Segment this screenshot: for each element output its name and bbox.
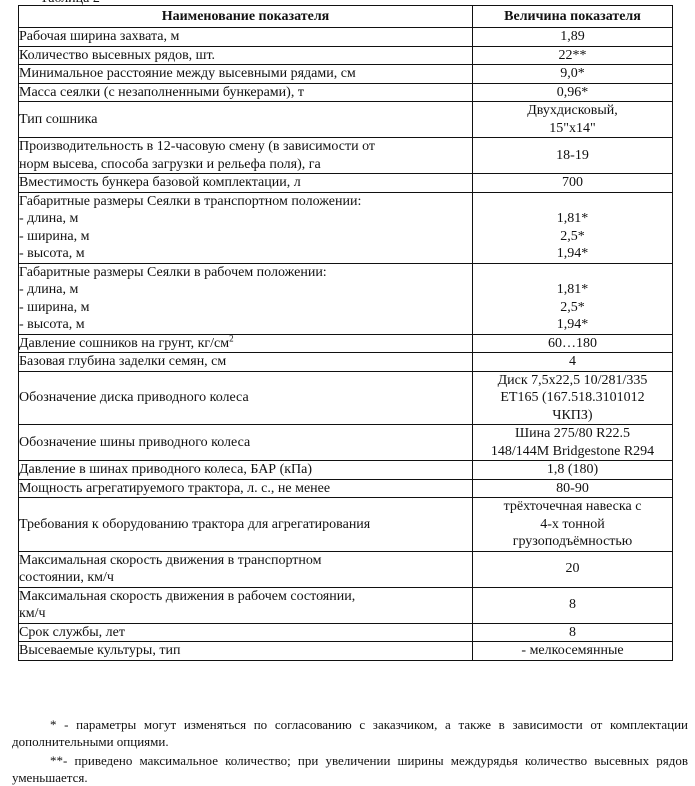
parameter-name-line: норм высева, способа загрузки и рельефа … — [19, 156, 472, 174]
parameter-name-line: Высеваемые культуры, тип — [19, 642, 472, 660]
table-row: Масса сеялки (с незаполненными бункерами… — [19, 83, 673, 102]
parameter-name-line: Мощность агрегатируемого трактора, л. с.… — [19, 480, 472, 498]
parameter-value: 8 — [473, 623, 673, 642]
parameter-name-line: Тип сошника — [19, 111, 472, 129]
parameter-name: Срок службы, лет — [19, 623, 473, 642]
parameter-value: 22** — [473, 46, 673, 65]
table-row: Габаритные размеры Сеялки в транспортном… — [19, 192, 673, 263]
table-row: Обозначение диска приводного колесаДиск … — [19, 371, 673, 425]
parameter-name: Обозначение диска приводного колеса — [19, 371, 473, 425]
table-row: Количество высевных рядов, шт.22** — [19, 46, 673, 65]
parameter-name-line: - ширина, м — [19, 299, 472, 317]
parameter-value: Двухдисковый,15"x14" — [473, 102, 673, 138]
parameter-name-line: - длина, м — [19, 281, 472, 299]
parameter-value-line: 0,96* — [473, 84, 672, 102]
parameter-value: Шина 275/80 R22.5148/144M Bridgestone R2… — [473, 425, 673, 461]
parameter-value-line: 4-х тонной — [473, 516, 672, 534]
parameter-name: Габаритные размеры Сеялки в рабочем поло… — [19, 263, 473, 334]
table-row: Давление в шинах приводного колеса, БАР … — [19, 461, 673, 480]
parameter-name: Давление в шинах приводного колеса, БАР … — [19, 461, 473, 480]
table-row: Тип сошникаДвухдисковый,15"x14" — [19, 102, 673, 138]
parameter-value: 4 — [473, 353, 673, 372]
table-row: Рабочая ширина захвата, м1,89 — [19, 28, 673, 47]
table-row: Обозначение шины приводного колесаШина 2… — [19, 425, 673, 461]
table-row: Габаритные размеры Сеялки в рабочем поло… — [19, 263, 673, 334]
table-row: Минимальное расстояние между высевными р… — [19, 65, 673, 84]
table-body: Рабочая ширина захвата, м1,89Количество … — [19, 28, 673, 661]
parameter-name: Минимальное расстояние между высевными р… — [19, 65, 473, 84]
unit-superscript: 2 — [229, 333, 234, 343]
parameter-value-line: 1,81* — [473, 210, 672, 228]
parameter-name-line: Максимальная скорость движения в рабочем… — [19, 588, 472, 606]
parameter-value-line — [473, 264, 672, 282]
parameter-value-line: грузоподъёмностью — [473, 533, 672, 551]
parameter-value-line: 80-90 — [473, 480, 672, 498]
parameter-value: - мелкосемянные — [473, 642, 673, 661]
parameter-value: 20 — [473, 551, 673, 587]
parameter-name: Максимальная скорость движения в рабочем… — [19, 587, 473, 623]
parameter-name: Тип сошника — [19, 102, 473, 138]
parameter-value: 1,81*2,5*1,94* — [473, 192, 673, 263]
parameter-name-line: Обозначение шины приводного колеса — [19, 434, 472, 452]
parameter-name: Масса сеялки (с незаполненными бункерами… — [19, 83, 473, 102]
parameter-name-line: км/ч — [19, 605, 472, 623]
parameter-name-line: Масса сеялки (с незаполненными бункерами… — [19, 84, 472, 102]
parameter-name: Обозначение шины приводного колеса — [19, 425, 473, 461]
parameter-value: 1,89 — [473, 28, 673, 47]
parameter-value-line: 18-19 — [473, 147, 672, 165]
parameter-name-line: Производительность в 12-часовую смену (в… — [19, 138, 472, 156]
parameter-name-line: Минимальное расстояние между высевными р… — [19, 65, 472, 83]
parameter-name-line: - ширина, м — [19, 228, 472, 246]
parameter-value: 1,81*2,5*1,94* — [473, 263, 673, 334]
header-parameter-value: Величина показателя — [473, 6, 673, 28]
parameter-value-line: трёхточечная навеска с — [473, 498, 672, 516]
parameter-name-line: Срок службы, лет — [19, 624, 472, 642]
parameter-value-line: 2,5* — [473, 299, 672, 317]
footnote-single-asterisk: * - параметры могут изменяться по соглас… — [12, 716, 688, 750]
parameter-value-line: 148/144M Bridgestone R294 — [473, 443, 672, 461]
table-row: Высеваемые культуры, тип- мелкосемянные — [19, 642, 673, 661]
parameter-value-line: 1,89 — [473, 28, 672, 46]
parameter-value: 8 — [473, 587, 673, 623]
table-row: Давление сошников на грунт, кг/см260…180 — [19, 334, 673, 353]
parameter-name-line: Габаритные размеры Сеялки в рабочем поло… — [19, 264, 472, 282]
parameter-name: Рабочая ширина захвата, м — [19, 28, 473, 47]
parameter-value-line: 1,94* — [473, 245, 672, 263]
parameter-value: Диск 7,5x22,5 10/281/335ET165 (167.518.3… — [473, 371, 673, 425]
parameter-value: 700 — [473, 174, 673, 193]
parameter-value-line: 9,0* — [473, 65, 672, 83]
parameter-name: Количество высевных рядов, шт. — [19, 46, 473, 65]
footnote-double-asterisk: **- приведено максимальное количество; п… — [12, 752, 688, 786]
parameter-value-line: 20 — [473, 560, 672, 578]
parameter-name-line: Рабочая ширина захвата, м — [19, 28, 472, 46]
parameter-name: Базовая глубина заделки семян, см — [19, 353, 473, 372]
parameter-value-line: 1,94* — [473, 316, 672, 334]
table-row: Требования к оборудованию трактора для а… — [19, 498, 673, 552]
parameter-value-line: Двухдисковый, — [473, 102, 672, 120]
parameter-name-line: Максимальная скорость движения в транспо… — [19, 552, 472, 570]
specifications-table: Наименование показателя Величина показат… — [18, 5, 673, 661]
parameter-name-line: - длина, м — [19, 210, 472, 228]
table-row: Срок службы, лет8 — [19, 623, 673, 642]
parameter-name-line: Базовая глубина заделки семян, см — [19, 353, 472, 371]
table-header-row: Наименование показателя Величина показат… — [19, 6, 673, 28]
parameter-value-line — [473, 193, 672, 211]
parameter-name: Высеваемые культуры, тип — [19, 642, 473, 661]
parameter-value-line: ЧКПЗ) — [473, 407, 672, 425]
parameter-value-line: - мелкосемянные — [473, 642, 672, 660]
parameter-value: трёхточечная навеска с4-х тоннойгрузопод… — [473, 498, 673, 552]
parameter-value: 1,8 (180) — [473, 461, 673, 480]
table-row: Вместимость бункера базовой комплектации… — [19, 174, 673, 193]
parameter-name-line: Давление сошников на грунт, кг/см — [19, 336, 229, 351]
parameter-value-line: 4 — [473, 353, 672, 371]
parameter-name-line: состоянии, км/ч — [19, 569, 472, 587]
table-row: Мощность агрегатируемого трактора, л. с.… — [19, 479, 673, 498]
parameter-value: 0,96* — [473, 83, 673, 102]
parameter-value-line: 8 — [473, 596, 672, 614]
parameter-value-line: 1,81* — [473, 281, 672, 299]
parameter-value: 80-90 — [473, 479, 673, 498]
parameter-value-line: Диск 7,5x22,5 10/281/335 — [473, 372, 672, 390]
parameter-value: 9,0* — [473, 65, 673, 84]
parameter-name-line: Габаритные размеры Сеялки в транспортном… — [19, 193, 472, 211]
parameter-name-line: Обозначение диска приводного колеса — [19, 389, 472, 407]
parameter-value-line: 15"x14" — [473, 120, 672, 138]
parameter-name: Мощность агрегатируемого трактора, л. с.… — [19, 479, 473, 498]
parameter-name: Давление сошников на грунт, кг/см2 — [19, 334, 473, 353]
parameter-name: Производительность в 12-часовую смену (в… — [19, 138, 473, 174]
footnotes: * - параметры могут изменяться по соглас… — [12, 716, 688, 786]
table-row: Максимальная скорость движения в транспо… — [19, 551, 673, 587]
parameter-name-line: Количество высевных рядов, шт. — [19, 47, 472, 65]
table-row: Производительность в 12-часовую смену (в… — [19, 138, 673, 174]
parameter-name-line: - высота, м — [19, 316, 472, 334]
parameter-name-line: - высота, м — [19, 245, 472, 263]
parameter-value-line: 1,8 (180) — [473, 461, 672, 479]
parameter-name: Вместимость бункера базовой комплектации… — [19, 174, 473, 193]
parameter-name: Габаритные размеры Сеялки в транспортном… — [19, 192, 473, 263]
header-parameter-name: Наименование показателя — [19, 6, 473, 28]
parameter-name: Требования к оборудованию трактора для а… — [19, 498, 473, 552]
parameter-value: 18-19 — [473, 138, 673, 174]
parameter-value: 60…180 — [473, 334, 673, 353]
parameter-value-line: 60…180 — [473, 335, 672, 353]
parameter-name-line: Требования к оборудованию трактора для а… — [19, 516, 472, 534]
table-row: Базовая глубина заделки семян, см4 — [19, 353, 673, 372]
parameter-name-line: Вместимость бункера базовой комплектации… — [19, 174, 472, 192]
parameter-value-line: 8 — [473, 624, 672, 642]
table-row: Максимальная скорость движения в рабочем… — [19, 587, 673, 623]
parameter-name: Максимальная скорость движения в транспо… — [19, 551, 473, 587]
parameter-value-line: 2,5* — [473, 228, 672, 246]
parameter-value-line: 700 — [473, 174, 672, 192]
parameter-value-line: Шина 275/80 R22.5 — [473, 425, 672, 443]
parameter-value-line: ET165 (167.518.3101012 — [473, 389, 672, 407]
parameter-value-line: 22** — [473, 47, 672, 65]
parameter-name-line: Давление в шинах приводного колеса, БАР … — [19, 461, 472, 479]
